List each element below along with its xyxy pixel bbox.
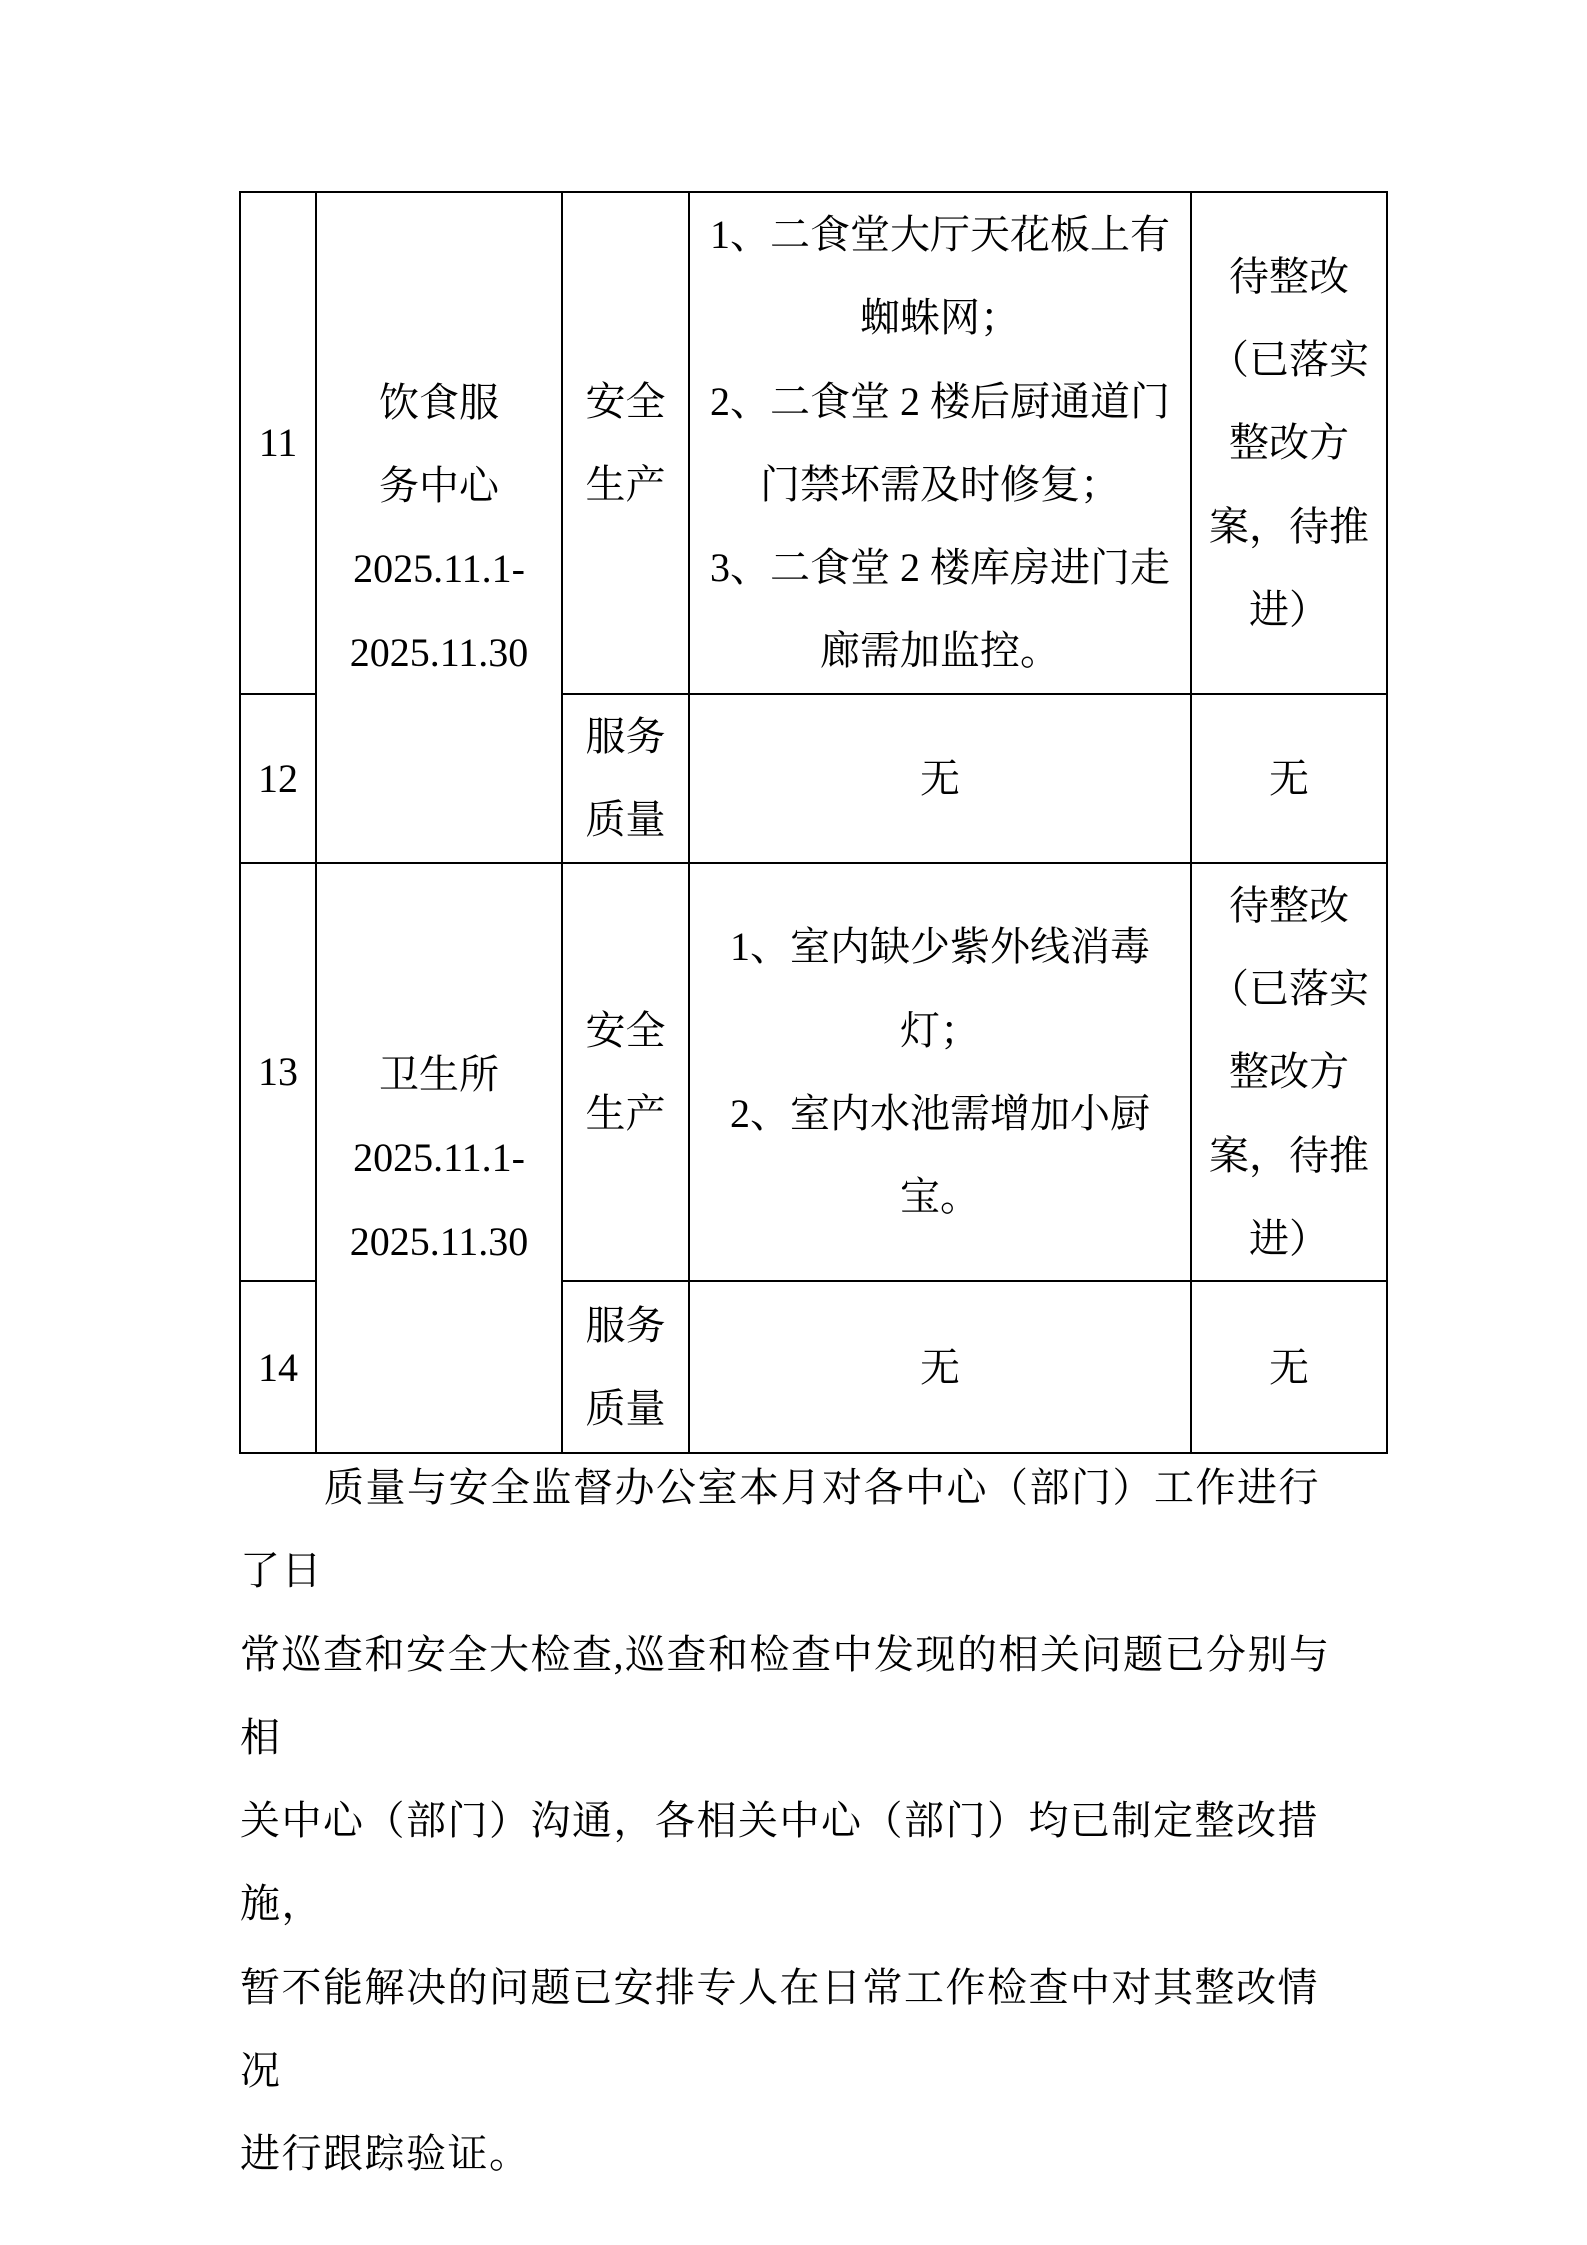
center-name-cell: 饮食服 务中心 2025.11.1- 2025.11.30 [316,192,562,863]
row-number-cell: 12 [240,694,316,863]
status-cell: 待整改 （已落实 整改方 案，待推 进） [1191,863,1387,1281]
category-cell: 服务 质量 [562,694,689,863]
row-number-cell: 14 [240,1281,316,1453]
table-row: 11 饮食服 务中心 2025.11.1- 2025.11.30 安全 生产 1… [240,192,1387,694]
document-page: 11 饮食服 务中心 2025.11.1- 2025.11.30 安全 生产 1… [0,0,1587,2245]
category-cell: 安全 生产 [562,192,689,694]
row-number-cell: 13 [240,863,316,1281]
issues-cell: 1、室内缺少紫外线消毒 灯； 2、室内水池需增加小厨 宝。 [689,863,1191,1281]
row-number-cell: 11 [240,192,316,694]
issues-cell: 无 [689,1281,1191,1453]
category-cell: 安全 生产 [562,863,689,1281]
status-cell: 待整改 （已落实 整改方 案，待推 进） [1191,192,1387,694]
inspection-table: 11 饮食服 务中心 2025.11.1- 2025.11.30 安全 生产 1… [239,191,1388,1454]
center-name-cell: 卫生所 2025.11.1- 2025.11.30 [316,863,562,1453]
summary-paragraph: 质量与安全监督办公室本月对各中心（部门）工作进行了日 常巡查和安全大检查,巡查和… [240,1446,1350,2196]
issues-cell: 无 [689,694,1191,863]
table-row: 13 卫生所 2025.11.1- 2025.11.30 安全 生产 1、室内缺… [240,863,1387,1281]
category-cell: 服务 质量 [562,1281,689,1453]
status-cell: 无 [1191,694,1387,863]
issues-cell: 1、二食堂大厅天花板上有 蜘蛛网； 2、二食堂 2 楼后厨通道门 门禁坏需及时修… [689,192,1191,694]
status-cell: 无 [1191,1281,1387,1453]
